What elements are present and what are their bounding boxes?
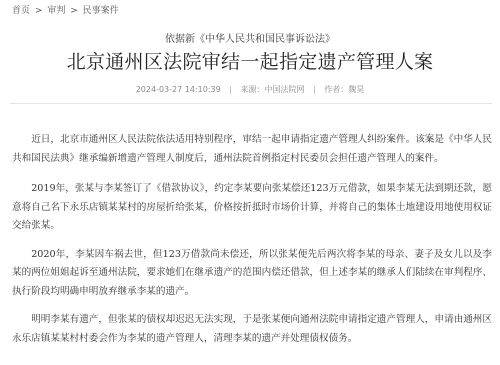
article-source: 来源：中国法院网 bbox=[240, 85, 304, 94]
header-divider bbox=[10, 103, 492, 104]
article-title: 北京通州区法院审结一起指定遗产管理人案 bbox=[0, 47, 500, 74]
breadcrumb-home-link[interactable]: 首页 bbox=[12, 3, 30, 16]
article-body: 近日，北京市通州区人民法院依法适用特别程序，审结一起申请指定遗产管理人纠纷案件。… bbox=[12, 131, 492, 358]
article-author: 作者：魏昊 bbox=[324, 85, 364, 94]
article-paragraph: 明明李某有遗产，但张某的债权却迟迟无法实现，于是张某便向通州法院申请指定遗产管理… bbox=[12, 311, 492, 348]
article-paragraph: 2019年，张某与李某签订了《借款协议》，约定李某要向张某偿还123万元借款，如… bbox=[12, 180, 492, 236]
meta-separator: | bbox=[313, 85, 316, 94]
breadcrumb-separator: > bbox=[70, 6, 78, 16]
meta-separator: | bbox=[229, 85, 232, 94]
breadcrumb-separator: > bbox=[35, 6, 43, 16]
breadcrumb-trial-link[interactable]: 审判 bbox=[47, 3, 65, 16]
publish-datetime: 2024-03-27 14:10:39 bbox=[136, 85, 221, 94]
breadcrumb-civil-cases-link[interactable]: 民事案件 bbox=[83, 3, 119, 16]
breadcrumb: 首页 > 审判 > 民事案件 bbox=[12, 3, 119, 16]
article-paragraph: 近日，北京市通州区人民法院依法适用特别程序，审结一起申请指定遗产管理人纠纷案件。… bbox=[12, 131, 492, 168]
article-subtitle: 依据新《中华人民共和国民事诉讼法》 bbox=[0, 30, 500, 45]
article-meta: 2024-03-27 14:10:39 | 来源：中国法院网 | 作者：魏昊 bbox=[0, 84, 500, 95]
article-paragraph: 2020年，李某因车祸去世，但123万借款尚未偿还，所以张某便先后两次将李某的母… bbox=[12, 246, 492, 302]
